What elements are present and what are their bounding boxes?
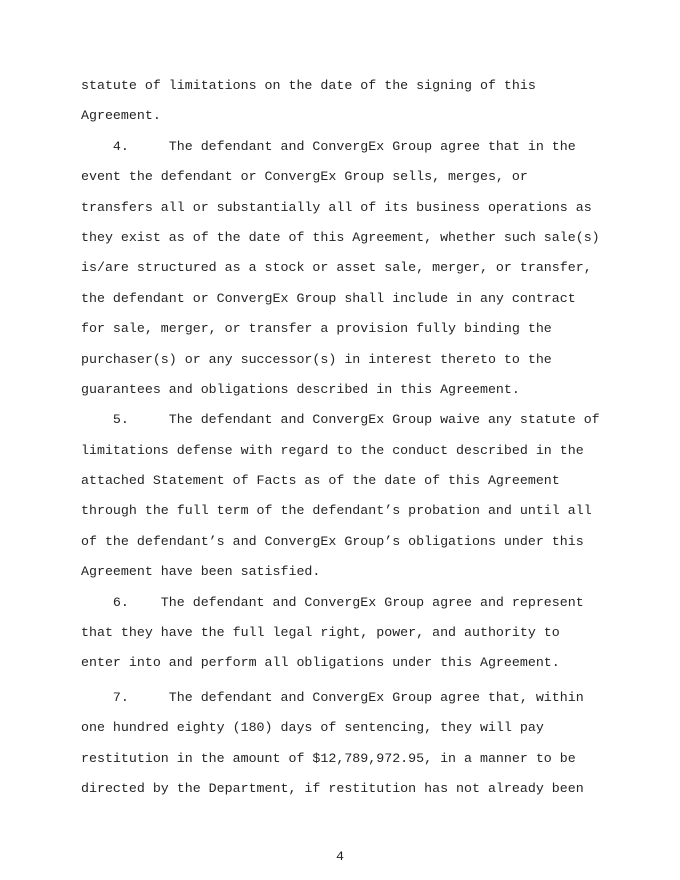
text-line: limitations defense with regard to the c… xyxy=(81,436,600,466)
text-line: is/are structured as a stock or asset sa… xyxy=(81,253,600,283)
text-line: Agreement have been satisfied. xyxy=(81,557,600,587)
text-line: that they have the full legal right, pow… xyxy=(81,618,600,648)
text-line: of the defendant’s and ConvergEx Group’s… xyxy=(81,527,600,557)
text-line: guarantees and obligations described in … xyxy=(81,375,600,405)
paragraph-6-start: 6. The defendant and ConvergEx Group agr… xyxy=(81,588,600,618)
text-line: enter into and perform all obligations u… xyxy=(81,648,600,678)
text-line: statute of limitations on the date of th… xyxy=(81,71,600,101)
paragraph-7-start: 7. The defendant and ConvergEx Group agr… xyxy=(81,683,600,713)
text-line: Agreement. xyxy=(81,101,600,131)
text-line: transfers all or substantially all of it… xyxy=(81,193,600,223)
text-line: event the defendant or ConvergEx Group s… xyxy=(81,162,600,192)
paragraph-5-start: 5. The defendant and ConvergEx Group wai… xyxy=(81,405,600,435)
text-line: attached Statement of Facts as of the da… xyxy=(81,466,600,496)
text-line: they exist as of the date of this Agreem… xyxy=(81,223,600,253)
text-line: through the full term of the defendant’s… xyxy=(81,496,600,526)
paragraph-4-start: 4. The defendant and ConvergEx Group agr… xyxy=(81,132,600,162)
agreement-body: statute of limitations on the date of th… xyxy=(81,71,600,804)
text-line: directed by the Department, if restituti… xyxy=(81,774,600,804)
text-line: the defendant or ConvergEx Group shall i… xyxy=(81,284,600,314)
page-number: 4 xyxy=(0,849,680,865)
text-line: restitution in the amount of $12,789,972… xyxy=(81,744,600,774)
text-line: purchaser(s) or any successor(s) in inte… xyxy=(81,345,600,375)
text-line: one hundred eighty (180) days of sentenc… xyxy=(81,713,600,743)
document-page: statute of limitations on the date of th… xyxy=(0,0,680,880)
text-line: for sale, merger, or transfer a provisio… xyxy=(81,314,600,344)
